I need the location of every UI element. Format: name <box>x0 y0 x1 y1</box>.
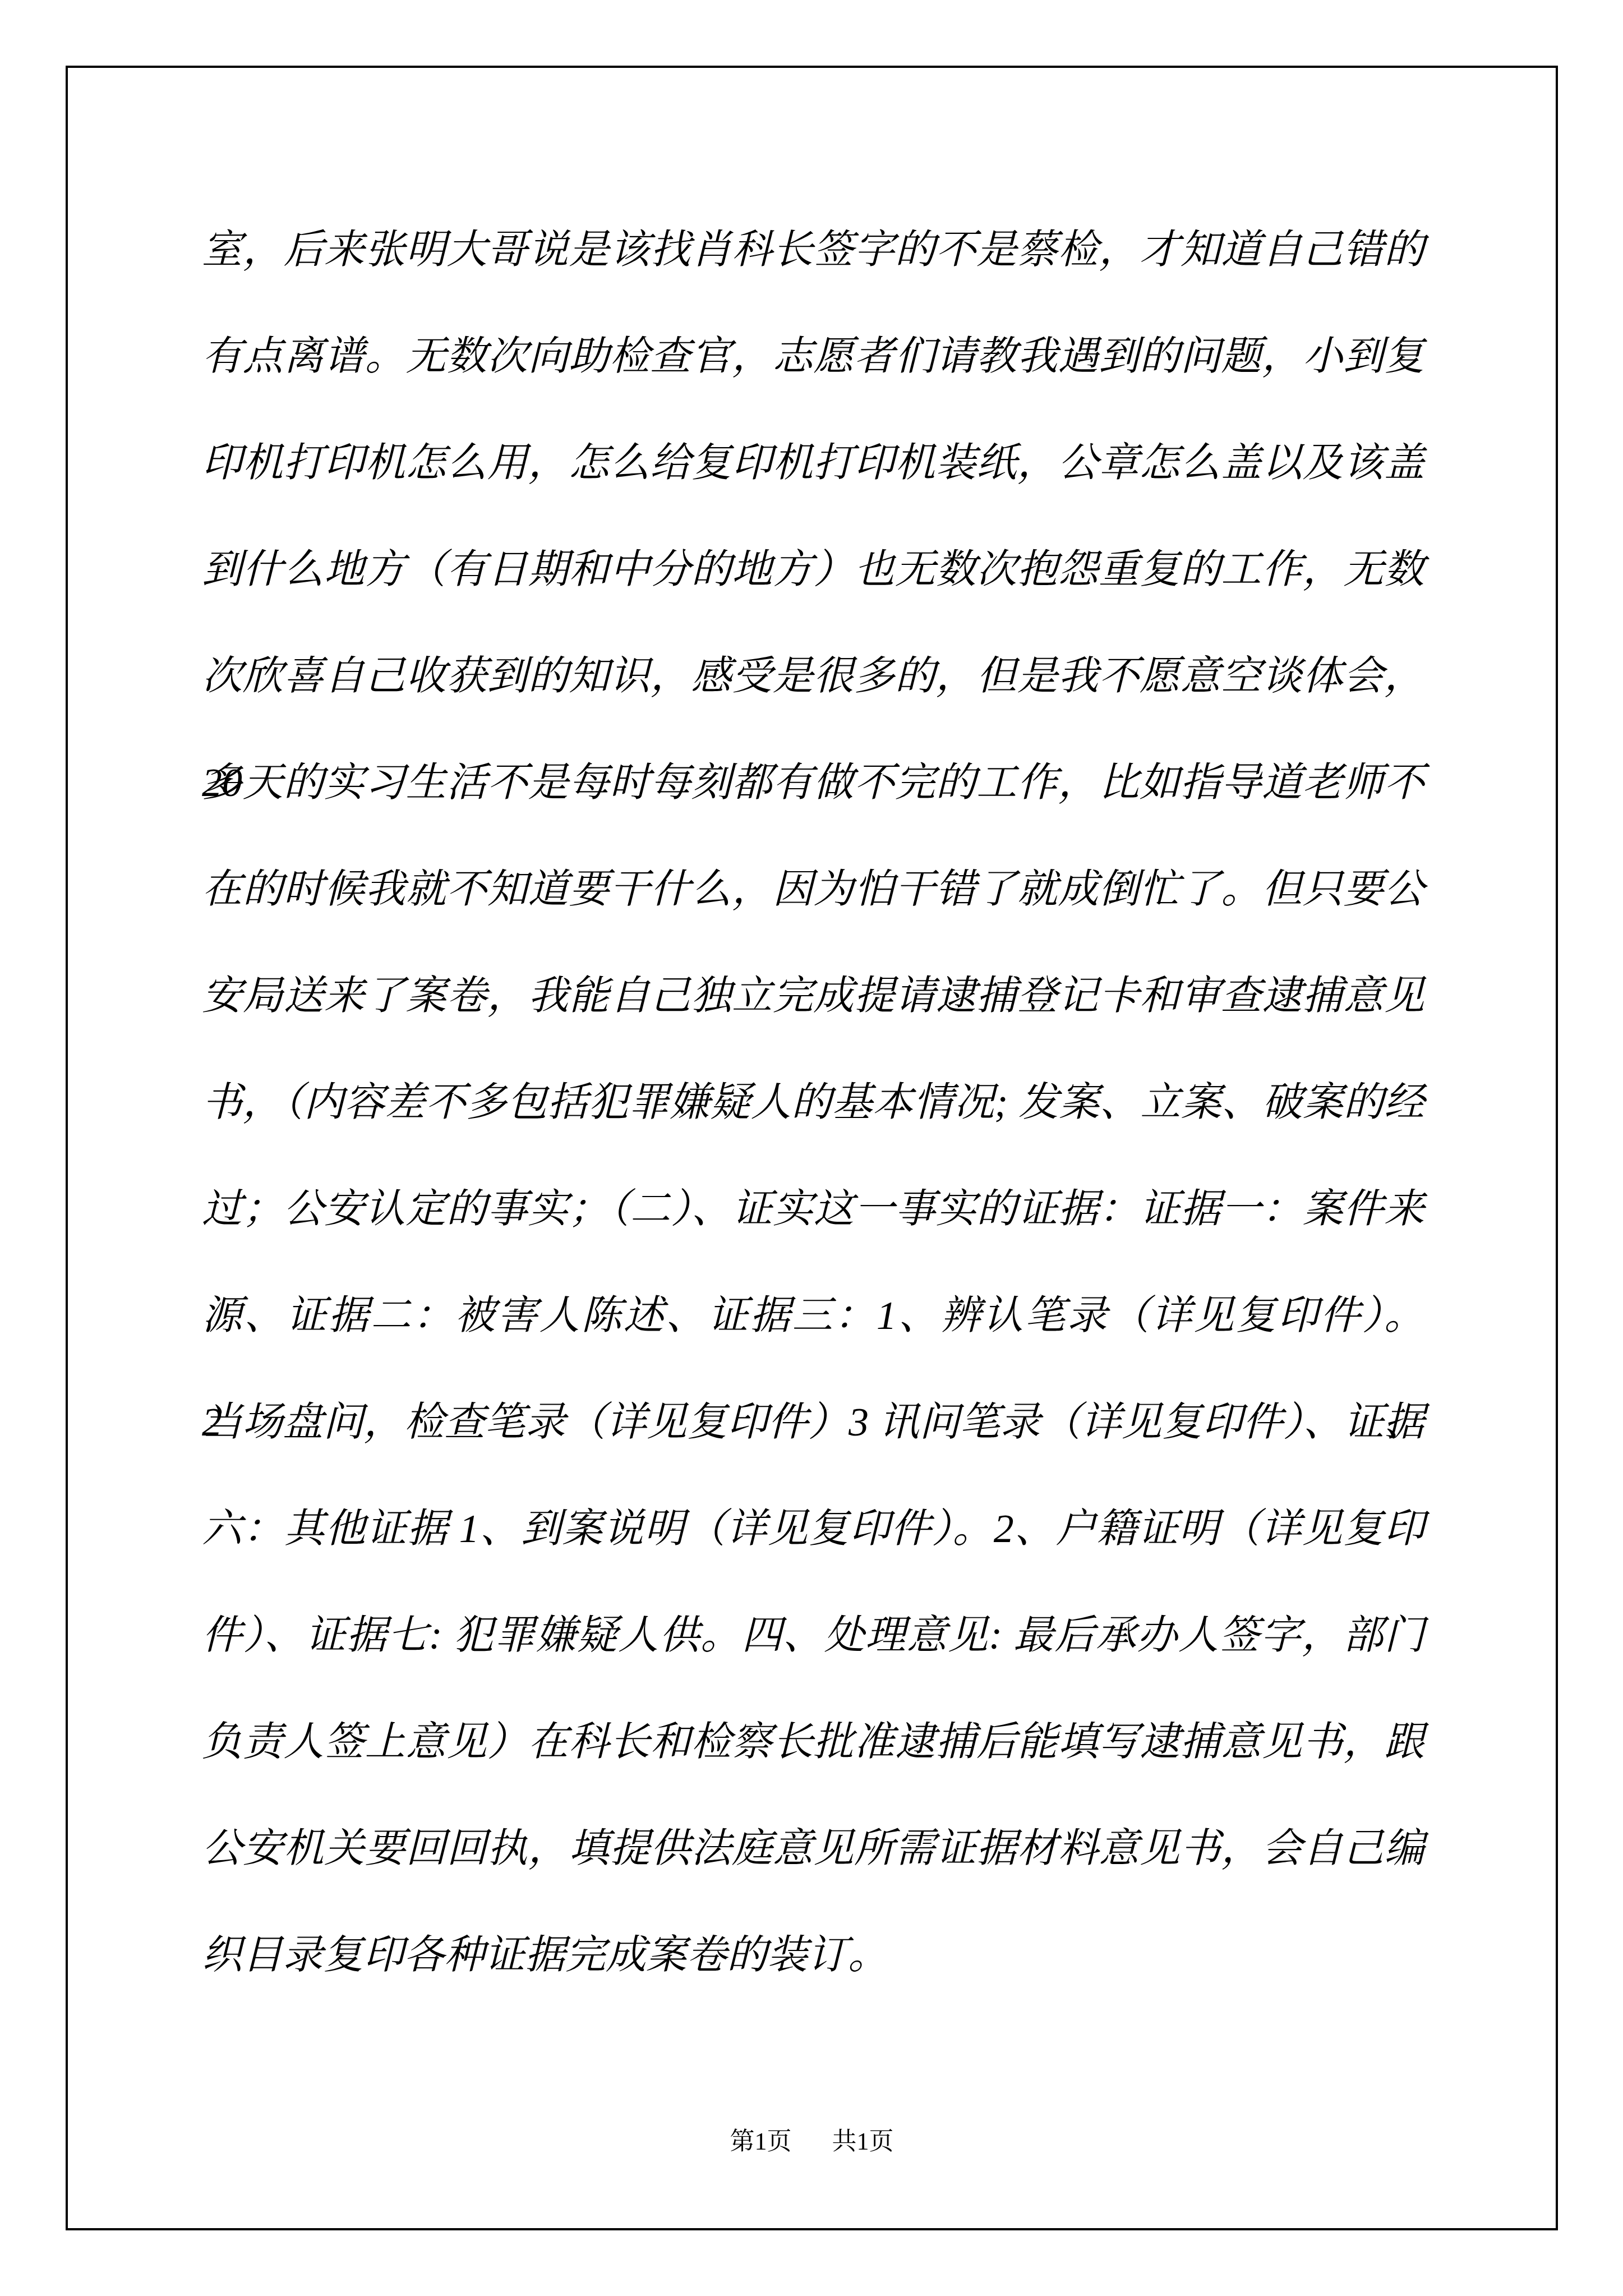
text-line: 到什么地方（有日期和中分的地方）也无数次抱怨重复的工作，无数 <box>202 516 1424 623</box>
text-line: 书，（内容差不多包括犯罪嫌疑人的基本情况; 发案、立案、破案的经 <box>202 1049 1424 1156</box>
text-line: 印机打印机怎么用，怎么给复印机打印机装纸，公章怎么盖以及该盖 <box>202 409 1424 516</box>
text-line: 过；公安认定的事实；（二）、证实这一事实的证据：证据一：案件来 <box>202 1156 1424 1262</box>
page-footer: 第1页共1页 <box>66 2125 1558 2159</box>
text-line: 当场盘问，检查笔录（详见复印件）3 讯问笔录（详见复印件）、证据 <box>202 1369 1424 1475</box>
text-line: 次欣喜自己收获到的知识，感受是很多的，但是我不愿意空谈体会，20 <box>202 623 1424 729</box>
footer-total-pages: 共1页 <box>832 2128 894 2155</box>
text-line: 源、证据二：被害人陈述、证据三：1、辨认笔录（详见复印件）。2、 <box>202 1262 1424 1369</box>
text-line: 安局送来了案卷，我能自己独立完成提请逮捕登记卡和审查逮捕意见 <box>202 942 1424 1049</box>
text-line: 织目录复印各种证据完成案卷的装订。 <box>202 1902 1424 2008</box>
footer-current-page: 第1页 <box>730 2128 792 2155</box>
text-line: 件）、证据七: 犯罪嫌疑人供。四、处理意见: 最后承办人签字，部门 <box>202 1582 1424 1688</box>
text-line: 公安机关要回回执，填提供法庭意见所需证据材料意见书，会自己编 <box>202 1795 1424 1902</box>
text-line: 在的时候我就不知道要干什么，因为怕干错了就成倒忙了。但只要公 <box>202 836 1424 942</box>
text-line: 负责人签上意见）在科长和检察长批准逮捕后能填写逮捕意见书，跟 <box>202 1688 1424 1795</box>
text-line: 有点离谱。无数次向助检查官，志愿者们请教我遇到的问题，小到复 <box>202 303 1424 409</box>
text-line: 六：其他证据 1、到案说明（详见复印件）。2、户籍证明（详见复印 <box>202 1475 1424 1582</box>
text-line: 室，后来张明大哥说是该找肖科长签字的不是蔡检，才知道自己错的 <box>202 196 1424 303</box>
document-body: 室，后来张明大哥说是该找肖科长签字的不是蔡检，才知道自己错的有点离谱。无数次向助… <box>202 196 1424 2008</box>
text-line: 多天的实习生活不是每时每刻都有做不完的工作，比如指导道老师不 <box>202 729 1424 836</box>
